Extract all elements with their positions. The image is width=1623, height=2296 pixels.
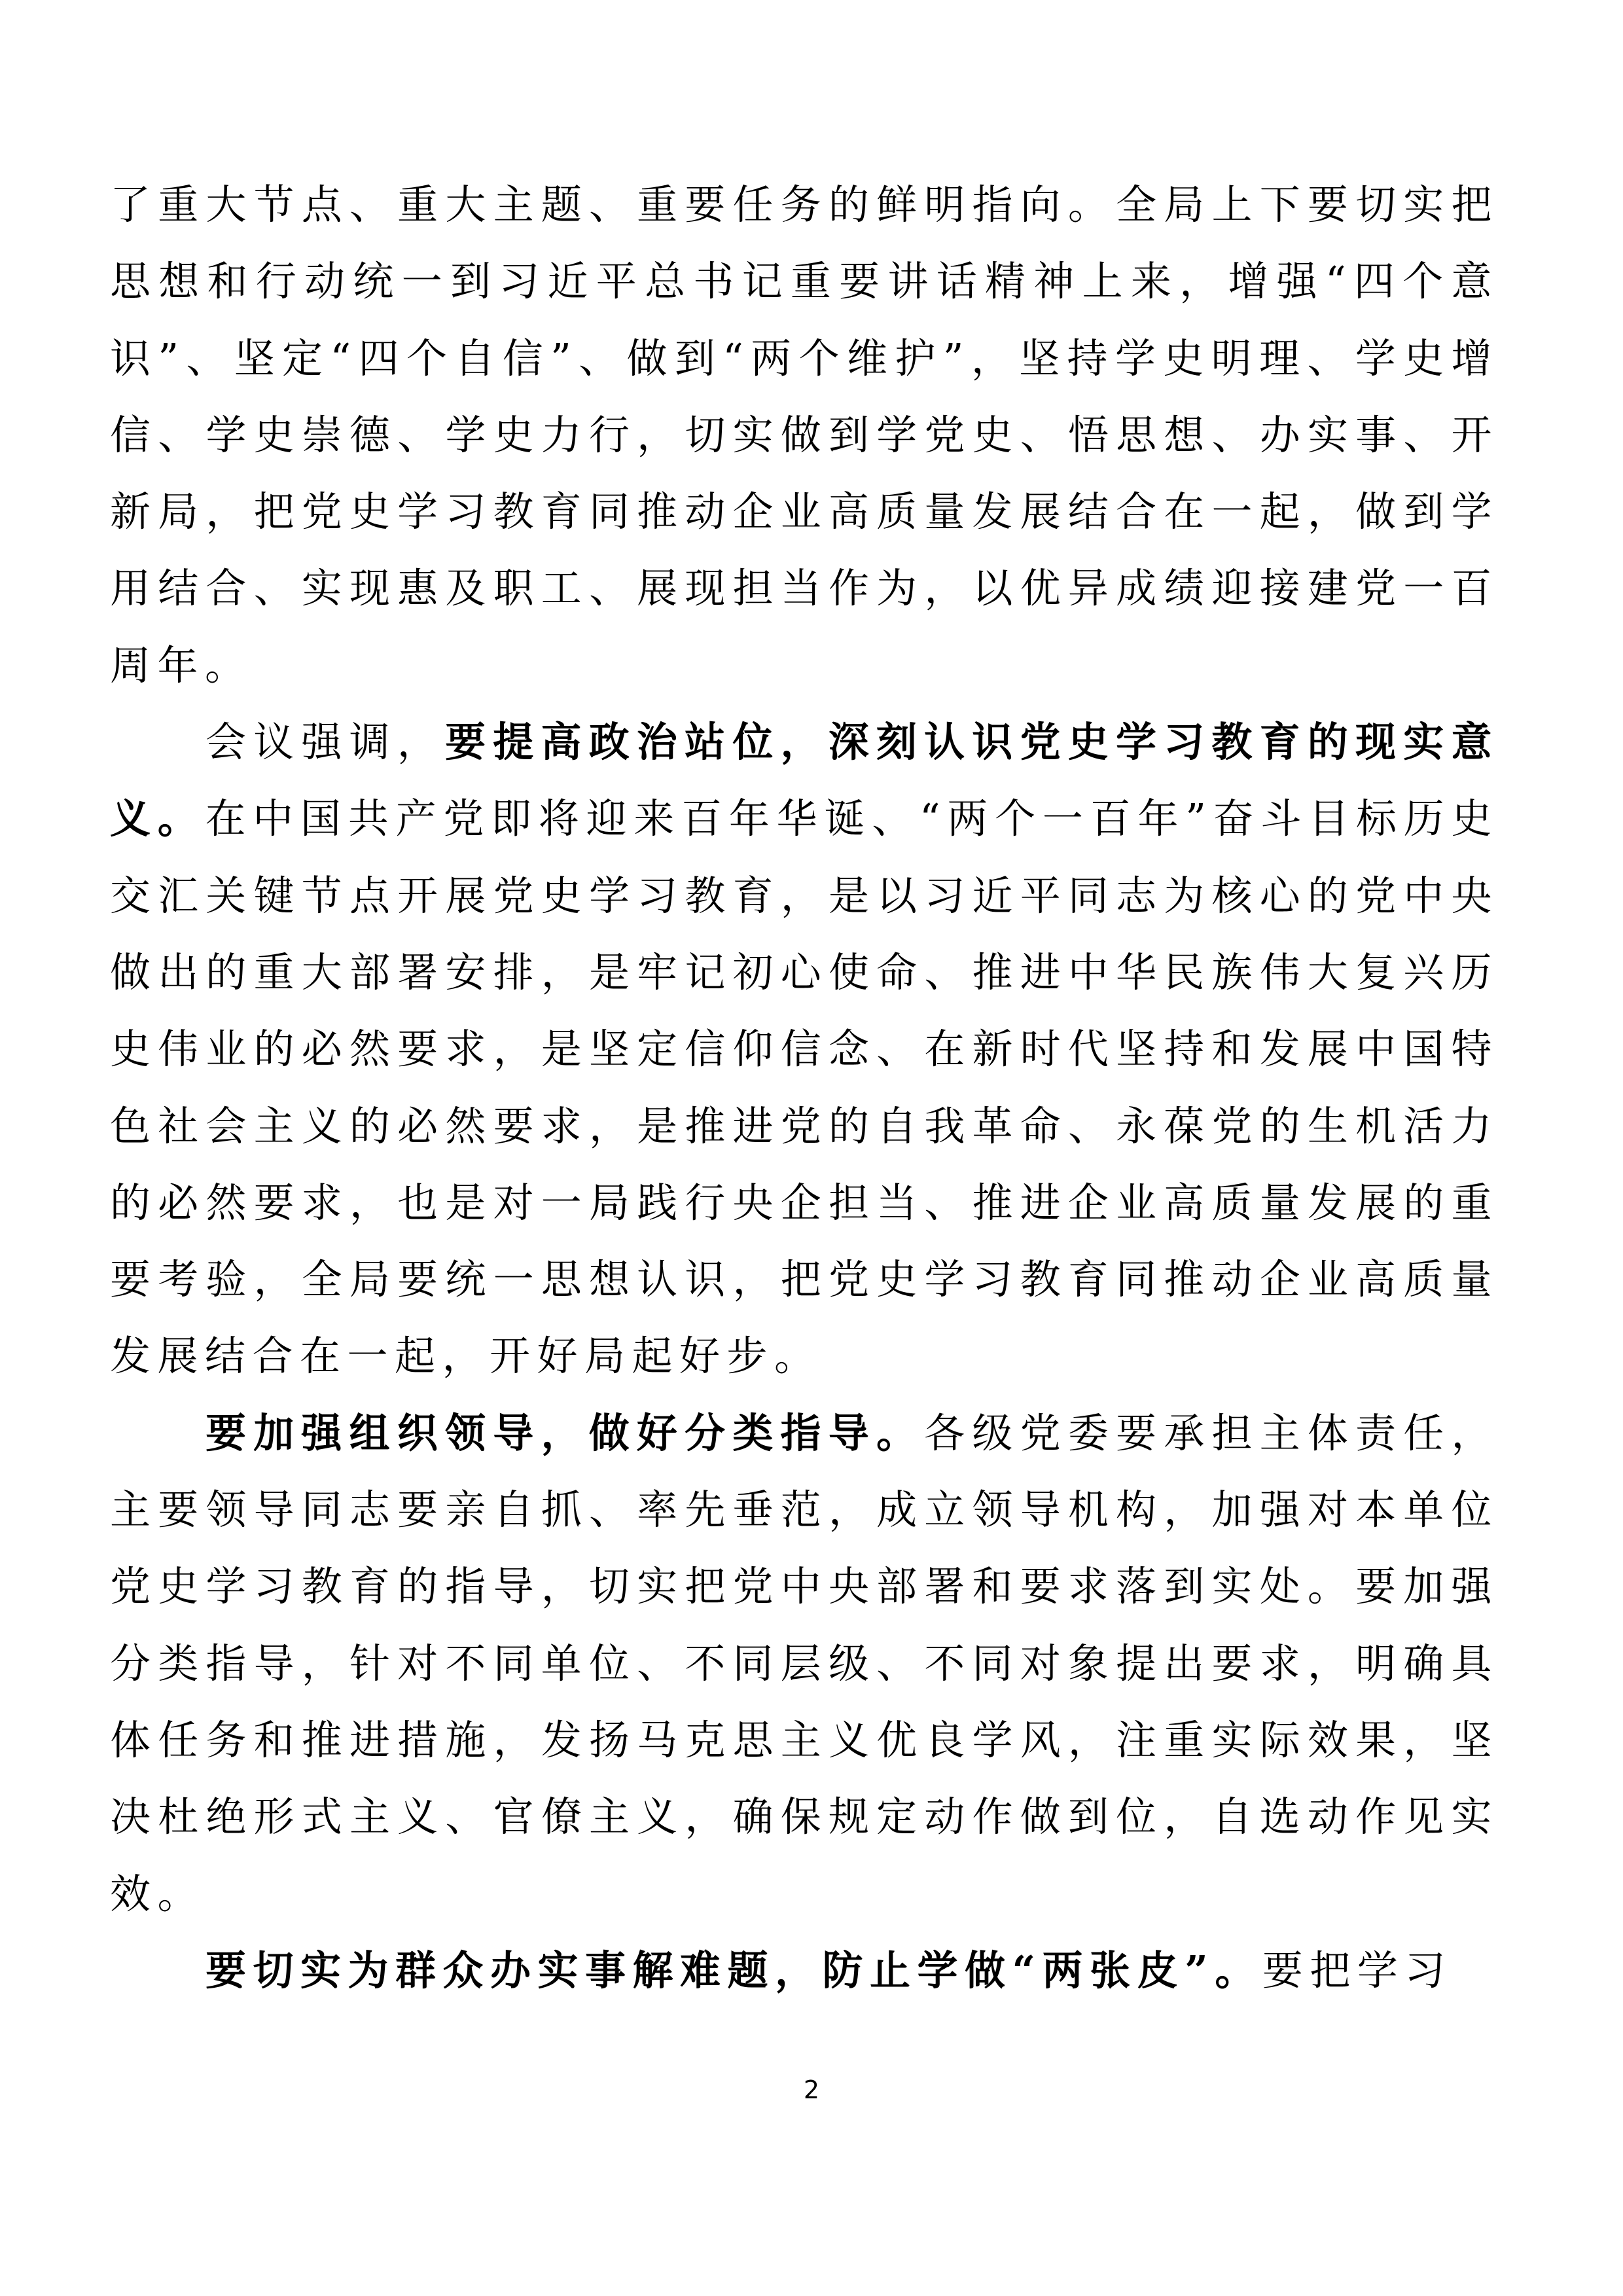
document-page: 了重大节点、重大主题、重要任务的鲜明指向。全局上下要切实把思想和行动统一到习近平… (0, 0, 1623, 2296)
paragraph-heading-bold: 要加强组织领导，做好分类指导。 (205, 1409, 924, 1457)
paragraph-text: 在中国共产党即将迎来百年华诞、“两个一百年”奋斗目标历史交汇关键节点开展党史学习… (110, 795, 1499, 1380)
document-body: 了重大节点、重大主题、重要任务的鲜明指向。全局上下要切实把思想和行动统一到习近平… (110, 166, 1499, 2009)
page-number: 2 (0, 2073, 1623, 2106)
paragraph-organizational-leadership: 要加强组织领导，做好分类指导。各级党委要承担主体责任，主要领导同志要亲自抓、率先… (110, 1395, 1499, 1932)
paragraph-heading-bold: 要切实为群众办实事解难题，防止学做“两张皮”。 (205, 1946, 1262, 1994)
paragraph-text: 各级党委要承担主体责任，主要领导同志要亲自抓、率先垂范，成立领导机构，加强对本单… (110, 1409, 1499, 1918)
paragraph-text: 了重大节点、重大主题、重要任务的鲜明指向。全局上下要切实把思想和行动统一到习近平… (110, 181, 1499, 689)
paragraph-practical-work: 要切实为群众办实事解难题，防止学做“两张皮”。要把学习 (110, 1932, 1499, 2009)
paragraph-conclusion-continued: 了重大节点、重大主题、重要任务的鲜明指向。全局上下要切实把思想和行动统一到习近平… (110, 166, 1499, 704)
paragraph-text: 要把学习 (1262, 1946, 1452, 1994)
paragraph-political-stance: 会议强调，要提高政治站位，深刻认识党史学习教育的现实意义。在中国共产党即将迎来百… (110, 704, 1499, 1395)
paragraph-lead-in: 会议强调， (205, 718, 445, 766)
